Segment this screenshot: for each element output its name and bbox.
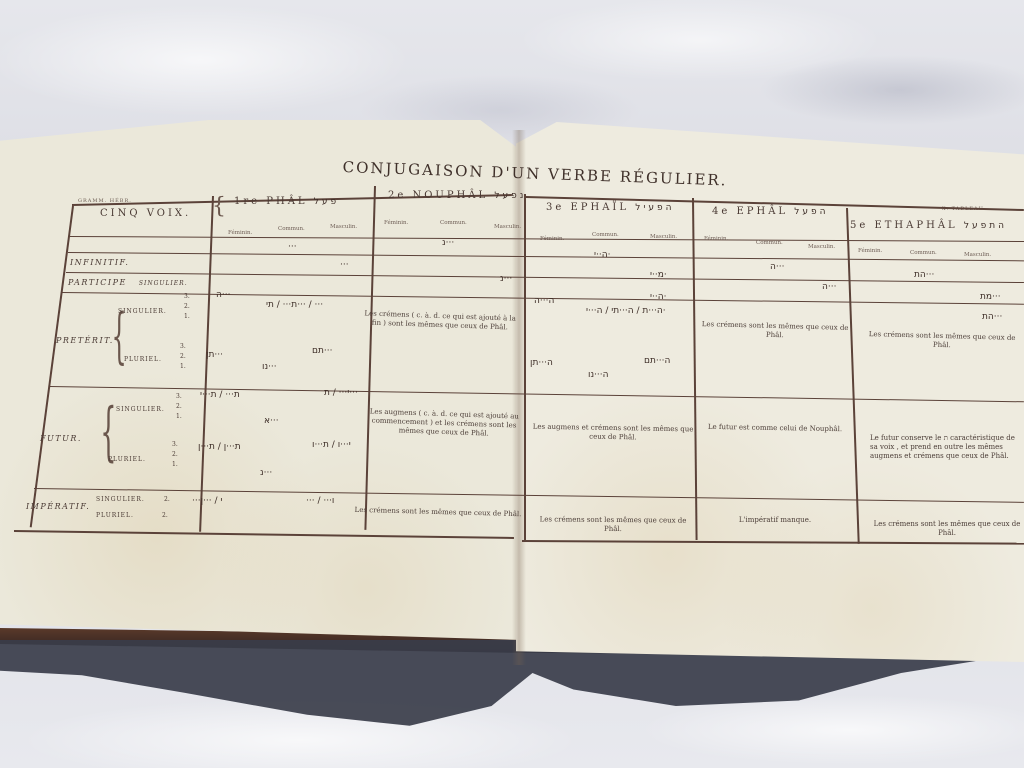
preterit-singulier: SINGULIER. (118, 308, 167, 315)
voice-label: 1re PHÂL (234, 196, 308, 207)
nouphal-infinitif-commun: נ··· (442, 238, 454, 248)
futur-sing-persons: 3.2.1. (176, 392, 182, 422)
voice-header-ephail: 3e EPHAÏL הפעיל (546, 202, 674, 213)
gender-header: Féminin. (228, 230, 252, 236)
phal-preterit-fem-plur: תן··· (206, 350, 223, 360)
row-header-cinq-voix: CINQ VOIX. (100, 208, 191, 219)
futur-singulier: SINGULIER. (116, 406, 165, 413)
ephal-imperatif-note: L'impératif manque. (700, 516, 850, 525)
voice-label: 4e EPHÂL (712, 206, 788, 217)
voice-label: 5e ETHAPHÂL (850, 220, 958, 231)
ephal-infinitif-commun: ה··· (770, 262, 784, 272)
voice-hebrew: הפעיל (635, 203, 674, 213)
phal-futur-commun-sing: א··· (264, 416, 279, 426)
gender-header: Commun. (910, 250, 937, 256)
phal-imperatif-masc: ··· / ···ו (306, 496, 334, 506)
ethaphal-preterit-cell: הת··· (982, 312, 1002, 322)
phal-preterit-commun-sing: ת··· / תי··· / ··· (266, 300, 323, 310)
voice-hebrew: הפעל (794, 207, 828, 217)
ephail-preterit-masc-plur: ה···תם (644, 356, 670, 366)
phal-preterit-fem-sing: ה··· (216, 290, 230, 300)
ephail-preterit-fem-sing: ה···ה (534, 296, 554, 306)
ephail-preterit-masc-sing: ה··י· (650, 292, 667, 302)
phal-futur-fem-plur: ת···ן / ת···ן (198, 442, 241, 452)
ephail-preterit-commun-plur: ה···נו (588, 370, 609, 380)
voice-hebrew: פעל (314, 197, 339, 207)
gender-header: Masculin. (494, 224, 521, 230)
voice-header-phal: 1re PHÂL פעל (234, 196, 339, 207)
ethaphal-imperatif-note: Les crémens sont les mêmes que ceux de P… (870, 520, 1024, 538)
imperatif-person: 2. (162, 512, 168, 519)
row-label-infinitif: INFINITIF. (70, 258, 129, 267)
row-label-futur: FUTUR. (40, 434, 82, 443)
row-label-participe: PARTICIPE SINGULIER. (68, 278, 188, 287)
gender-header: Masculin. (964, 252, 991, 258)
gender-header: Commun. (592, 232, 619, 238)
ephail-participe-masculin: מ··י· (650, 270, 667, 280)
gender-header: Féminin. (704, 236, 728, 242)
gender-header: Commun. (756, 240, 783, 246)
brace: { (212, 196, 226, 218)
ephail-futur-note: Les augmens et crémens sont les mêmes qu… (530, 423, 696, 444)
voice-header-ephal: 4e EPHÂL הפעל (712, 206, 829, 217)
phal-preterit-masc-plur: תם··· (312, 346, 332, 356)
voice-label: 2e NOUPHÂL (388, 190, 488, 201)
phal-imperatif-fem: ···י / ···ן (192, 496, 222, 506)
gender-header: Masculin. (330, 224, 357, 230)
ephail-infinitif-commun: ה··י· (594, 250, 611, 260)
ethaphal-participe-masculin: מת··· (980, 292, 1001, 302)
row-label-imperatif: IMPÉRATIF. (26, 502, 90, 511)
voice-header-ethaphal: 5e ETHAPHÂL התפעל (850, 220, 1007, 231)
voice-hebrew: התפעל (964, 221, 1007, 231)
ephail-preterit-fem-plur: ה···תן (530, 358, 553, 368)
gender-header: Masculin. (808, 244, 835, 250)
imperatif-singulier: SINGULIER. (96, 496, 145, 503)
ephail-imperatif-note: Les crémens sont les mêmes que ceux de P… (530, 515, 696, 534)
row-label-preterit: PRETÉRIT. (56, 336, 114, 345)
nouphal-participe-masculin: נ··· (500, 274, 512, 284)
voice-label: 3e EPHAÏL (546, 202, 629, 213)
gender-header: Commun. (440, 220, 467, 226)
voice-header-nouphal: 2e NOUPHÂL נפעל (388, 190, 526, 201)
imperatif-pluriel: PLURIEL. (96, 512, 134, 519)
phal-participe-masculin: ··· (340, 260, 349, 270)
preterit-pluriel: PLURIEL. (124, 356, 162, 363)
ethaphal-infinitif-commun: הת··· (914, 270, 934, 280)
nouphal-futur-note: Les augmens ( c. à. d. ce qui est ajouté… (364, 407, 525, 440)
gender-header: Masculin. (650, 234, 677, 240)
voice-hebrew: נפעל (494, 191, 526, 201)
phal-futur-fem-sing: ת··· / ת···י (200, 390, 240, 400)
ethaphal-futur-note: Le futur conserve le ת caractéristique d… (870, 434, 1024, 461)
ephal-participe-masculin: ה··· (822, 282, 836, 292)
gender-header: Féminin. (540, 236, 564, 242)
imperatif-person: 2. (164, 496, 170, 503)
gender-header: Commun. (278, 226, 305, 232)
preterit-sing-persons: 3.2.1. (184, 292, 190, 322)
brace: { (100, 400, 116, 464)
phal-futur-masc-plur: י···ו / ת···ו (312, 440, 351, 450)
ephail-preterit-commun-sing: ה···ת / ה···תי / ה···י· (586, 306, 666, 316)
gender-header: Féminin. (384, 220, 408, 226)
phal-preterit-commun-plur: נו··· (262, 362, 277, 372)
preterit-plur-persons: 3.2.1. (180, 342, 186, 372)
futur-pluriel: PLURIEL. (108, 456, 146, 463)
gender-header: Féminin. (858, 248, 882, 254)
futur-plur-persons: 3.2.1. (172, 440, 178, 470)
phal-futur-commun-plur: נ··· (260, 468, 272, 478)
phal-infinitif-commun: ··· (288, 242, 297, 252)
phal-futur-masc-sing: י··· / ת··· (324, 388, 358, 398)
col-divider (524, 194, 526, 540)
